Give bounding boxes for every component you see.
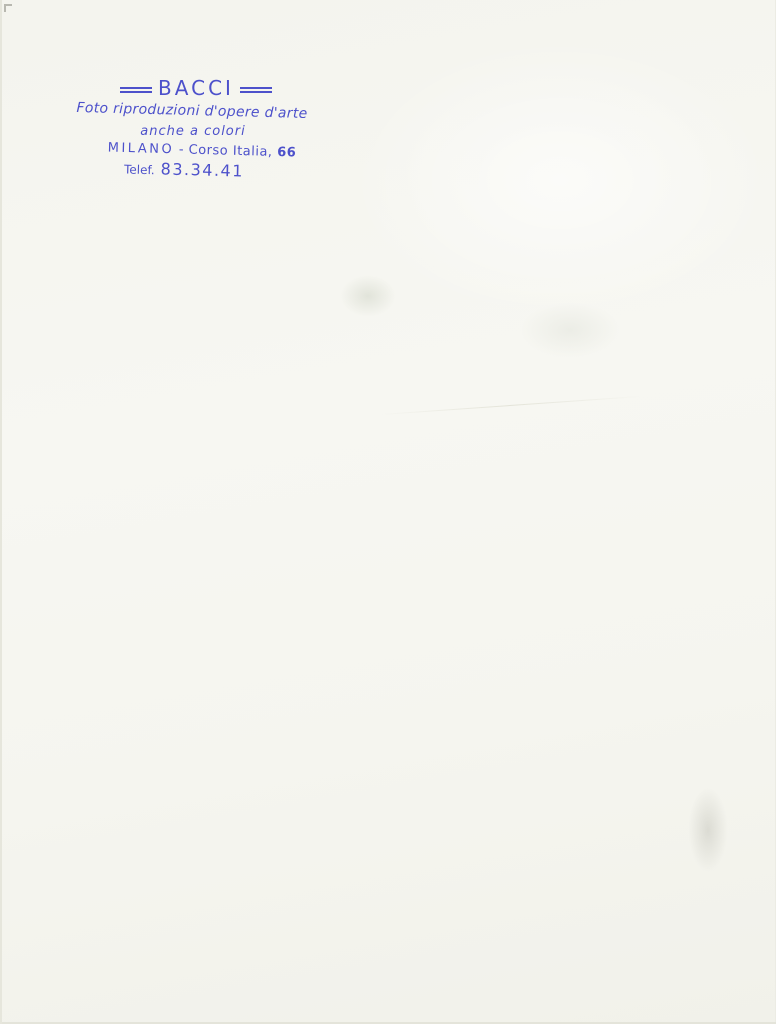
double-rule-right-icon	[240, 87, 272, 93]
stamp-brand: BACCI	[158, 76, 234, 100]
stamp-tagline: Foto riproduzioni d'opere d'arte	[60, 101, 324, 122]
corner-mark	[4, 4, 12, 12]
stamp-phone-number: 83.34.41	[160, 159, 244, 180]
stamp-brand-line: BACCI	[68, 78, 324, 98]
stamp-phone: Telef.83.34.41	[44, 158, 324, 181]
stamp-street: - Corso Italia,	[179, 142, 273, 159]
photo-back-sheet: BACCI Foto riproduzioni d'opere d'arte a…	[0, 0, 776, 1024]
stamp-city: MILANO	[108, 141, 175, 158]
paper-crease	[380, 396, 639, 415]
stamp-tagline-colors: anche a colori	[62, 125, 324, 138]
stamp-address: MILANO - Corso Italia, 66	[80, 141, 324, 160]
photographer-stamp: BACCI Foto riproduzioni d'opere d'arte a…	[64, 78, 324, 178]
stamp-phone-label: Telef.	[124, 162, 155, 177]
stamp-street-number: 66	[277, 145, 296, 160]
double-rule-left-icon	[120, 87, 152, 93]
